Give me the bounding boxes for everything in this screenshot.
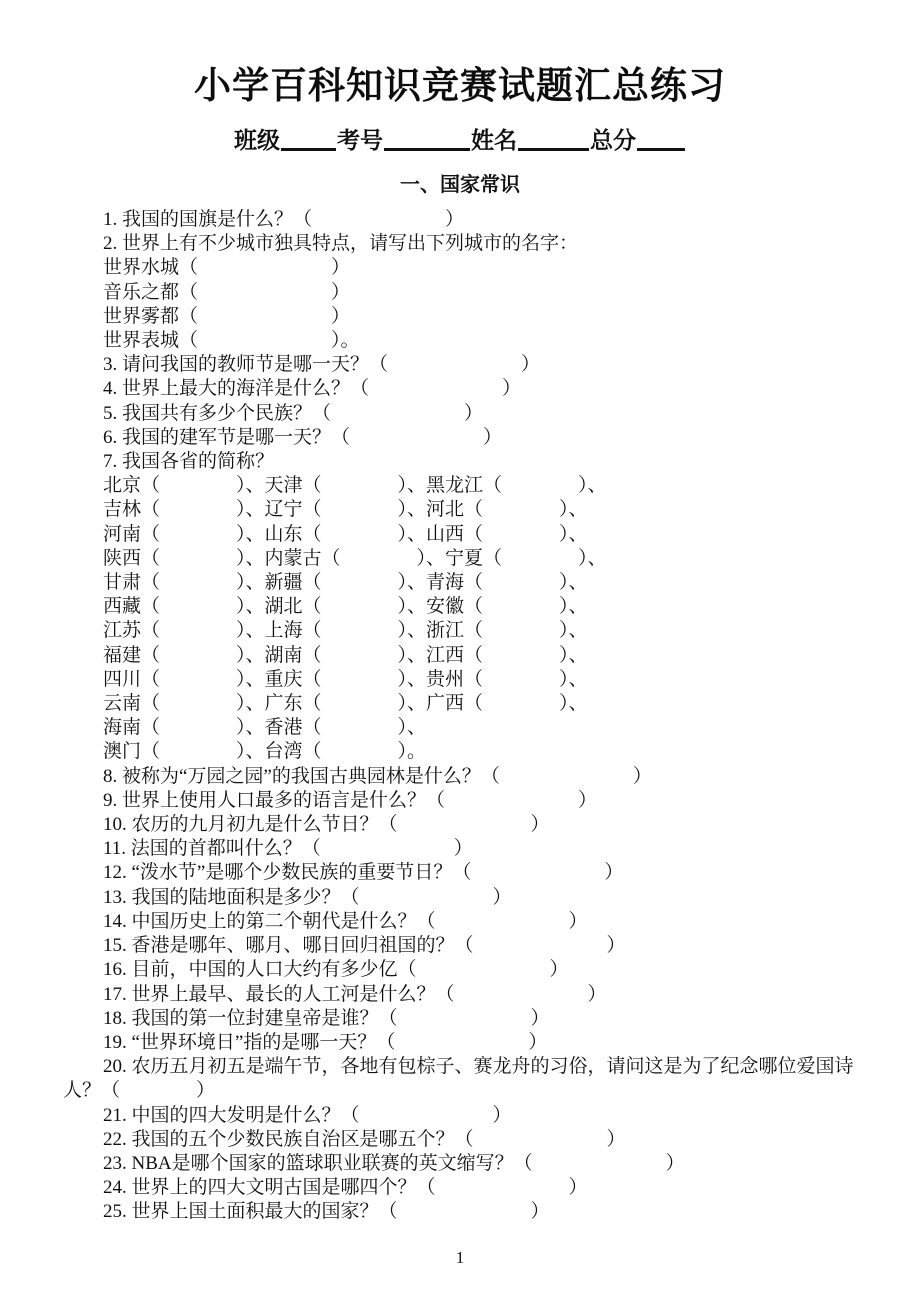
question-line: 4. 世界上最大的海洋是什么？（ ） [63,377,862,401]
question-line: 陕西（ ）、内蒙古（ ）、宁夏（ ）、 [63,547,862,571]
question-line: 四川（ ）、重庆（ ）、贵州（ ）、 [63,668,862,692]
question-line: 19. “世界环境日”指的是哪一天？（ ） [63,1031,862,1055]
question-line: 2. 世界上有不少城市独具特点，请写出下列城市的名字： [63,232,862,256]
question-line: 5. 我国共有多少个民族？（ ） [63,402,862,426]
question-line: 18. 我国的第一位封建皇帝是谁？（ ） [63,1007,862,1031]
field-label-exam-number: 考号 [337,126,383,156]
question-line: 人？（ ） [63,1079,862,1103]
document-page: 小学百科知识竞赛试题汇总练习 班级考号姓名总分 一、国家常识 1. 我国的国旗是… [0,0,920,1302]
question-line: 16. 目前，中国的人口大约有多少亿（ ） [63,958,862,982]
student-info-line: 班级考号姓名总分 [0,126,920,156]
question-line: 23. NBA是哪个国家的篮球职业联赛的英文缩写？（ ） [63,1152,862,1176]
question-line: 6. 我国的建军节是哪一天？（ ） [63,426,862,450]
question-line: 甘肃（ ）、新疆（ ）、青海（ ）、 [63,571,862,595]
question-line: 3. 请问我国的教师节是哪一天？（ ） [63,353,862,377]
question-list: 1. 我国的国旗是什么？（ ）2. 世界上有不少城市独具特点，请写出下列城市的名… [63,208,862,1225]
question-line: 11. 法国的首都叫什么？（ ） [63,837,862,861]
question-line: 音乐之都（ ） [63,281,862,305]
field-blank-name [518,142,589,151]
question-line: 世界雾都（ ） [63,305,862,329]
question-line: 西藏（ ）、湖北（ ）、安徽（ ）、 [63,595,862,619]
question-line: 世界水城（ ） [63,256,862,280]
question-line: 江苏（ ）、上海（ ）、浙江（ ）、 [63,619,862,643]
question-line: 北京（ ）、天津（ ）、黑龙江（ ）、 [63,474,862,498]
field-label-total-score: 总分 [590,126,636,156]
question-line: 17. 世界上最早、最长的人工河是什么？（ ） [63,983,862,1007]
question-line: 25. 世界上国土面积最大的国家？（ ） [63,1200,862,1224]
question-line: 13. 我国的陆地面积是多少？（ ） [63,886,862,910]
question-line: 20. 农历五月初五是端午节，各地有包棕子、赛龙舟的习俗，请问这是为了纪念哪位爱… [63,1055,862,1079]
question-line: 吉林（ ）、辽宁（ ）、河北（ ）、 [63,498,862,522]
question-line: 15. 香港是哪年、哪月、哪日回归祖国的？（ ） [63,934,862,958]
question-line: 8. 被称为“万园之园”的我国古典园林是什么？（ ） [63,765,862,789]
question-line: 海南（ ）、香港（ ）、 [63,716,862,740]
page-number: 1 [0,1249,920,1266]
question-line: 24. 世界上的四大文明古国是哪四个？（ ） [63,1176,862,1200]
field-blank-class [281,142,336,151]
document-title: 小学百科知识竞赛试题汇总练习 [0,0,920,110]
field-label-name: 姓名 [471,126,517,156]
question-line: 澳门（ ）、台湾（ ）。 [63,740,862,764]
question-line: 22. 我国的五个少数民族自治区是哪五个？（ ） [63,1128,862,1152]
field-label-class: 班级 [234,126,280,156]
question-line: 1. 我国的国旗是什么？（ ） [63,208,862,232]
question-line: 世界表城（ ）。 [63,329,862,353]
field-blank-total-score [637,142,685,151]
question-line: 12. “泼水节”是哪个少数民族的重要节日？（ ） [63,861,862,885]
question-line: 21. 中国的四大发明是什么？（ ） [63,1104,862,1128]
question-line: 10. 农历的九月初九是什么节日？（ ） [63,813,862,837]
section-title: 一、国家常识 [0,172,920,198]
question-line: 云南（ ）、广东（ ）、广西（ ）、 [63,692,862,716]
question-line: 7. 我国各省的简称？ [63,450,862,474]
question-line: 福建（ ）、湖南（ ）、江西（ ）、 [63,644,862,668]
question-line: 河南（ ）、山东（ ）、山西（ ）、 [63,523,862,547]
question-line: 14. 中国历史上的第二个朝代是什么？（ ） [63,910,862,934]
question-line: 9. 世界上使用人口最多的语言是什么？（ ） [63,789,862,813]
field-blank-exam-number [384,142,470,151]
